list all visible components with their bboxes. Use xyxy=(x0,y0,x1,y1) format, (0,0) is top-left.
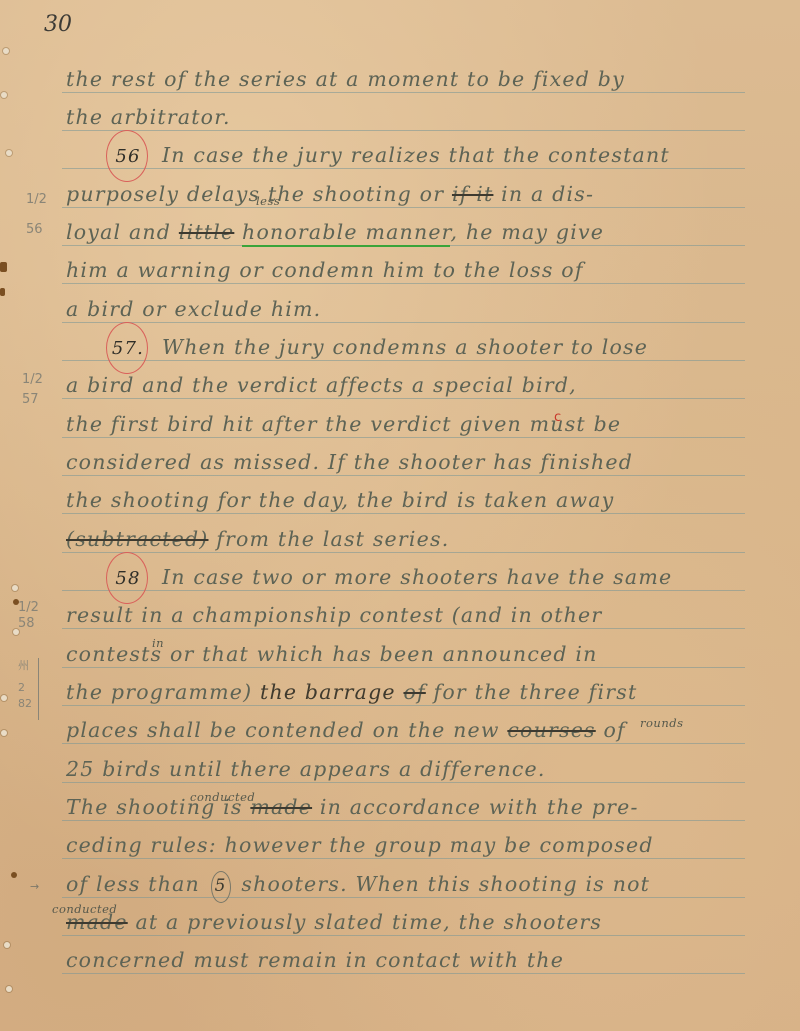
margin-note: 1/2 58 xyxy=(18,600,39,632)
punch-hole xyxy=(3,48,9,54)
text-line: 56In case the jury realizes that the con… xyxy=(66,140,756,170)
text-line: the arbitrator. xyxy=(66,102,756,132)
page-number: 30 xyxy=(44,12,72,37)
punch-hole xyxy=(12,585,18,591)
struck-text: little xyxy=(179,220,234,244)
paragraph-number: 58 xyxy=(110,564,146,594)
text-line: him a warning or condemn him to the loss… xyxy=(66,255,756,285)
margin-note: 州 2 82 xyxy=(18,658,34,712)
text-line: a bird or exclude him. xyxy=(66,294,756,324)
inserted-word: rounds xyxy=(640,716,684,730)
punch-hole xyxy=(1,92,7,98)
inserted-word: in xyxy=(152,636,164,650)
text-line: a bird and the verdict affects a special… xyxy=(66,370,756,400)
text-line: contests or that which has been announce… xyxy=(66,639,756,669)
text-line: loyal and little honorable manner, he ma… xyxy=(66,217,756,247)
punch-hole xyxy=(6,986,12,992)
inserted-word: conducted xyxy=(52,902,117,916)
red-correction: c xyxy=(554,410,561,425)
text-line: the programme) the barrage of for the th… xyxy=(66,677,756,707)
margin-bracket xyxy=(38,658,39,720)
inserted-word: conducted xyxy=(190,790,255,804)
text-line: made at a previously slated time, the sh… xyxy=(66,907,756,937)
margin-note: 1/2 56 xyxy=(26,192,47,238)
struck-text: courses xyxy=(507,718,595,742)
green-underlined-text: honorable manner xyxy=(242,220,450,247)
text-line: purposely delays the shooting or if it i… xyxy=(66,179,756,209)
punch-hole xyxy=(1,730,7,736)
text-line: concerned must remain in contact with th… xyxy=(66,945,756,975)
text-line: 58In case two or more shooters have the … xyxy=(66,562,756,592)
binding-mark xyxy=(0,262,7,272)
struck-text: if it xyxy=(452,182,493,206)
text-line: ceding rules: however the group may be c… xyxy=(66,830,756,860)
text-line: 25 birds until there appears a differenc… xyxy=(66,754,756,784)
struck-text: of xyxy=(403,680,425,704)
text-line: result in a championship contest (and in… xyxy=(66,600,756,630)
binding-mark xyxy=(0,288,5,296)
margin-note: 1/2 57 xyxy=(22,372,43,408)
inserted-word: less xyxy=(256,194,280,208)
struck-text: (subtracted) xyxy=(66,527,208,551)
punch-hole xyxy=(6,150,12,156)
text-line: the shooting for the day, the bird is ta… xyxy=(66,485,756,515)
text-line: (subtracted) from the last series. xyxy=(66,524,756,554)
manuscript-page: 30 1/2 56 1/2 57 1/2 58 州 2 82 → xyxy=(0,0,800,1031)
punch-hole xyxy=(1,695,7,701)
text-line: 57.When the jury condemns a shooter to l… xyxy=(66,332,756,362)
paragraph-number: 56 xyxy=(110,142,146,172)
binding-mark xyxy=(11,872,17,878)
punch-hole xyxy=(4,942,10,948)
circled-number: 5 xyxy=(211,871,231,903)
text-line: the rest of the series at a moment to be… xyxy=(66,64,756,94)
paragraph-number: 57. xyxy=(110,334,146,364)
text-line: considered as missed. If the shooter has… xyxy=(66,447,756,477)
text-line: the first bird hit after the verdict giv… xyxy=(66,409,756,439)
arrow-icon: → xyxy=(30,880,39,893)
text-line: The shooting is made in accordance with … xyxy=(66,792,756,822)
text-line: of less than 5 shooters. When this shoot… xyxy=(66,869,756,899)
struck-text: made xyxy=(250,795,312,819)
